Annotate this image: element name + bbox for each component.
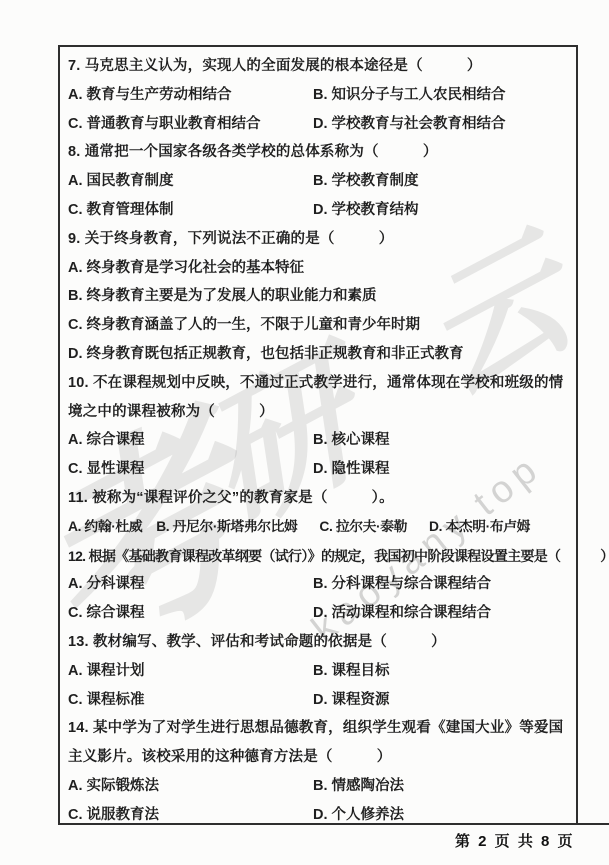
option-c: C. 教育管理体制: [68, 196, 313, 225]
option-a: A. 国民教育制度: [68, 167, 313, 196]
option-row: A. 约翰·杜威 B. 丹尼尔·斯塔弗尔比姆 C. 拉尔夫·泰勒 D. 本杰明·…: [68, 513, 568, 542]
option-row: C. 说服教育法 D. 个人修养法: [68, 801, 568, 830]
option-row: A. 分科课程 B. 分科课程与综合课程结合: [68, 570, 568, 599]
option-row: A. 课程计划 B. 课程目标: [68, 657, 568, 686]
option-d: D. 终身教育既包括正规教育，也包括非正规教育和非正式教育: [68, 346, 464, 362]
question-11: 11. 被称为“课程评价之父”的教育家是（ ）。 A. 约翰·杜威 B. 丹尼尔…: [68, 484, 568, 542]
option-d: D. 本杰明·布卢姆: [429, 513, 530, 542]
question-8: 8. 通常把一个国家各级各类学校的总体系称为（ ） A. 国民教育制度 B. 学…: [68, 138, 568, 224]
question-12: 12. 根据《基础教育课程改革纲要（试行）》的规定，我国初中阶段课程设置主要是（…: [68, 542, 568, 628]
option-d: D. 学校教育结构: [313, 196, 568, 225]
option-a: A. 教育与生产劳动相结合: [68, 81, 313, 110]
question-14: 14. 某中学为了对学生进行思想品德教育，组织学生观看《建国大业》等爱国主义影片…: [68, 714, 568, 829]
option-row: C. 终身教育涵盖了人的一生，不限于儿童和青少年时期: [68, 311, 568, 340]
question-10: 10. 不在课程规划中反映，不通过正式教学进行，通常体现在学校和班级的情境之中的…: [68, 369, 568, 484]
option-c: C. 终身教育涵盖了人的一生，不限于儿童和青少年时期: [68, 317, 420, 333]
option-row: A. 教育与生产劳动相结合 B. 知识分子与工人农民相结合: [68, 81, 568, 110]
option-row: D. 终身教育既包括正规教育，也包括非正规教育和非正式教育: [68, 340, 568, 369]
option-a: A. 实际锻炼法: [68, 772, 313, 801]
option-row: A. 国民教育制度 B. 学校教育制度: [68, 167, 568, 196]
question-stem: 7. 马克思主义认为，实现人的全面发展的根本途径是（ ）: [68, 52, 568, 81]
option-d: D. 课程资源: [313, 686, 568, 715]
option-b: B. 核心课程: [313, 426, 568, 455]
option-c: C. 说服教育法: [68, 801, 313, 830]
question-stem: 14. 某中学为了对学生进行思想品德教育，组织学生观看《建国大业》等爱国主义影片…: [68, 714, 568, 772]
page-number: 第 2 页 共 8 页: [455, 830, 585, 851]
option-row: C. 显性课程 D. 隐性课程: [68, 455, 568, 484]
option-row: A. 综合课程 B. 核心课程: [68, 426, 568, 455]
question-stem: 12. 根据《基础教育课程改革纲要（试行）》的规定，我国初中阶段课程设置主要是（…: [68, 542, 568, 571]
option-row: C. 综合课程 D. 活动课程和综合课程结合: [68, 599, 568, 628]
option-b: B. 知识分子与工人农民相结合: [313, 81, 568, 110]
option-a: A. 约翰·杜威: [68, 513, 142, 542]
question-13: 13. 教材编写、教学、评估和考试命题的依据是（ ） A. 课程计划 B. 课程…: [68, 628, 568, 714]
option-d: D. 学校教育与社会教育相结合: [313, 110, 568, 139]
question-stem: 8. 通常把一个国家各级各类学校的总体系称为（ ）: [68, 138, 568, 167]
option-row: A. 实际锻炼法 B. 情感陶冶法: [68, 772, 568, 801]
option-row: B. 终身教育主要是为了发展人的职业能力和素质: [68, 282, 568, 311]
question-stem: 13. 教材编写、教学、评估和考试命题的依据是（ ）: [68, 628, 568, 657]
option-b: B. 学校教育制度: [313, 167, 568, 196]
scanned-exam-page: { "page": { "footer": "第 2 页 共 8 页" }, "…: [0, 0, 609, 865]
option-a: A. 综合课程: [68, 426, 313, 455]
exam-border-box: 7. 马克思主义认为，实现人的全面发展的根本途径是（ ） A. 教育与生产劳动相…: [58, 45, 578, 825]
option-row: A. 终身教育是学习化社会的基本特征: [68, 254, 568, 283]
question-stem: 11. 被称为“课程评价之父”的教育家是（ ）。: [68, 484, 568, 513]
option-b: B. 终身教育主要是为了发展人的职业能力和素质: [68, 288, 377, 304]
option-row: C. 课程标准 D. 课程资源: [68, 686, 568, 715]
question-stem: 10. 不在课程规划中反映，不通过正式教学进行，通常体现在学校和班级的情境之中的…: [68, 369, 568, 427]
option-a: A. 分科课程: [68, 570, 313, 599]
question-9: 9. 关于终身教育，下列说法不正确的是（ ） A. 终身教育是学习化社会的基本特…: [68, 225, 568, 369]
option-c: C. 综合课程: [68, 599, 313, 628]
bottom-border-extension: [576, 823, 609, 825]
option-a: A. 终身教育是学习化社会的基本特征: [68, 260, 304, 276]
question-7: 7. 马克思主义认为，实现人的全面发展的根本途径是（ ） A. 教育与生产劳动相…: [68, 52, 568, 138]
option-b: B. 情感陶冶法: [313, 772, 568, 801]
option-b: B. 分科课程与综合课程结合: [313, 570, 568, 599]
option-d: D. 个人修养法: [313, 801, 568, 830]
option-c: C. 课程标准: [68, 686, 313, 715]
option-c: C. 普通教育与职业教育相结合: [68, 110, 313, 139]
option-row: C. 教育管理体制 D. 学校教育结构: [68, 196, 568, 225]
option-row: C. 普通教育与职业教育相结合 D. 学校教育与社会教育相结合: [68, 110, 568, 139]
option-c: C. 显性课程: [68, 455, 313, 484]
option-d: D. 隐性课程: [313, 455, 568, 484]
option-c: C. 拉尔夫·泰勒: [319, 513, 407, 542]
option-a: A. 课程计划: [68, 657, 313, 686]
option-d: D. 活动课程和综合课程结合: [313, 599, 568, 628]
question-stem: 9. 关于终身教育，下列说法不正确的是（ ）: [68, 225, 568, 254]
option-b: B. 课程目标: [313, 657, 568, 686]
option-b: B. 丹尼尔·斯塔弗尔比姆: [156, 513, 297, 542]
